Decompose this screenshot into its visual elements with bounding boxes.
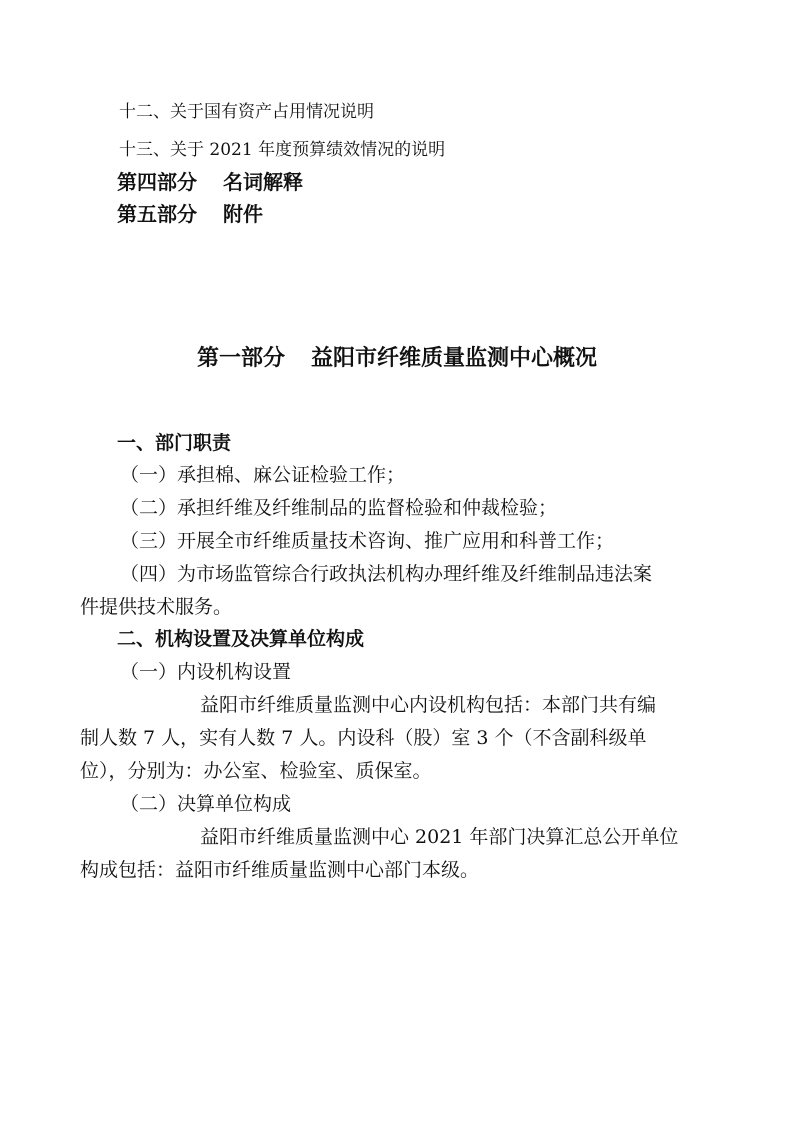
duties-heading: 一、部门职责 xyxy=(117,428,231,455)
duty-item-1: （一）承担棉、麻公证检验工作； xyxy=(120,460,405,487)
org-sub1-line-2: 制人数 7 人，实有人数 7 人。内设科（股）室 3 个（不含副科级单 xyxy=(80,723,647,750)
duty-item-4: （四）为市场监管综合行政执法机构办理纤维及纤维制品违法案 xyxy=(120,559,652,586)
section-num: 第一部分 xyxy=(197,346,285,371)
duty-item-4-cont: 件提供技术服务。 xyxy=(80,592,232,619)
toc-item-13: 十三、关于 2021 年度预算绩效情况的说明 xyxy=(119,135,445,160)
toc-item-12: 十二、关于国有资产占用情况说明 xyxy=(119,97,374,122)
org-heading: 二、机构设置及决算单位构成 xyxy=(117,624,364,651)
org-sub1-label: （一）内设机构设置 xyxy=(120,657,291,684)
org-sub2-line-2: 构成包括：益阳市纤维质量监测中心部门本级。 xyxy=(80,855,479,882)
section-title: 第一部分益阳市纤维质量监测中心概况 xyxy=(0,341,794,372)
toc-part-5: 第五部分附件 xyxy=(117,198,263,227)
org-sub1-line-1: 益阳市纤维质量监测中心内设机构包括：本部门共有编 xyxy=(200,690,656,717)
duty-item-2: （二）承担纤维及纤维制品的监督检验和仲裁检验； xyxy=(120,493,557,520)
toc-part-5-num: 第五部分 xyxy=(117,202,197,226)
duty-item-3: （三）开展全市纤维质量技术咨询、推广应用和科普工作； xyxy=(120,526,614,553)
toc-part-4-num: 第四部分 xyxy=(117,170,197,194)
toc-part-4-title: 名词解释 xyxy=(223,170,303,194)
section-name: 益阳市纤维质量监测中心概况 xyxy=(311,346,597,371)
org-sub2-line-1: 益阳市纤维质量监测中心 2021 年部门决算汇总公开单位 xyxy=(200,822,678,849)
toc-part-4: 第四部分名词解释 xyxy=(117,166,303,195)
toc-part-5-title: 附件 xyxy=(223,202,263,226)
org-sub1-line-3: 位），分别为：办公室、检验室、质保室。 xyxy=(80,756,432,783)
org-sub2-label: （二）决算单位构成 xyxy=(120,789,291,816)
